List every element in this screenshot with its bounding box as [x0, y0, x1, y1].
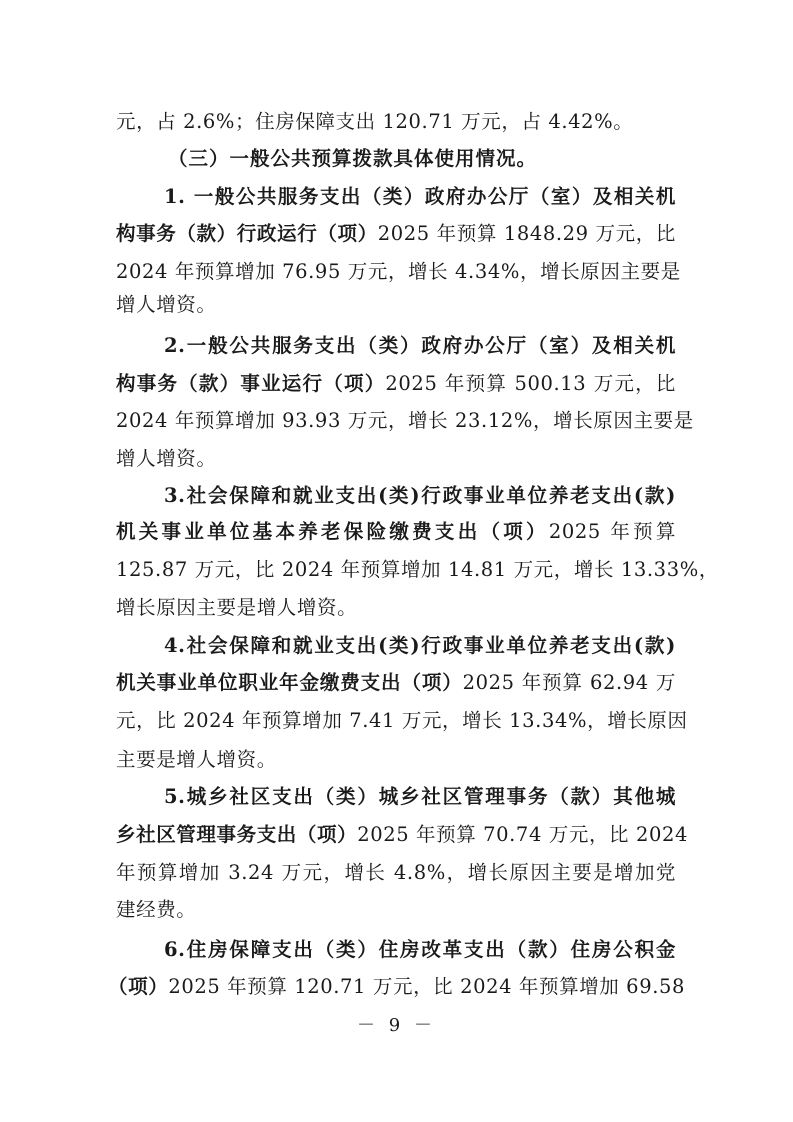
item-2-line-2: 构事务（款）事业运行（项）2025 年预算 500.13 万元，比: [116, 371, 676, 397]
item-2-line-3: 2024 年预算增加 93.93 万元，增长 23.12%，增长原因主要是: [116, 408, 676, 434]
item-1-line-1: 1. 一般公共服务支出（类）政府办公厅（室）及相关机: [164, 184, 676, 210]
item-5-line-1-bold: 5.城乡社区支出（类）城乡社区管理事务（款）其他城: [164, 785, 676, 808]
item-5-line-2-text: 2025 年预算 70.74 万元，比 2024: [357, 823, 688, 846]
page-number: － 9 －: [0, 1014, 793, 1038]
item-2-line-1-bold: 2.一般公共服务支出（类）政府办公厅（室）及相关机: [164, 334, 676, 357]
item-3-line-3-text: 125.87 万元，比 2024 年预算增加 14.81 万元，增长 13.33…: [116, 558, 719, 581]
item-1-line-2-text: 2025 年预算 1848.29 万元，比: [378, 222, 676, 245]
item-4-line-3-text: 元，比 2024 年预算增加 7.41 万元，增长 13.34%，增长原因: [116, 709, 688, 732]
item-5-line-2: 乡社区管理事务支出（项）2025 年预算 70.74 万元，比 2024: [116, 822, 676, 848]
item-4-line-2-text: 2025 年预算 62.94 万: [463, 671, 676, 694]
item-5-line-2-bold: 乡社区管理事务支出（项）: [116, 823, 357, 846]
document-page: 元，占 2.6%；住房保障支出 120.71 万元，占 4.42%。 （三）一般…: [0, 0, 793, 1122]
item-2-line-4: 增人增资。: [116, 446, 676, 472]
item-1-line-3-text: 2024 年预算增加 76.95 万元，增长 4.34%，增长原因主要是: [116, 260, 681, 283]
item-6-line-1-bold: 6.住房保障支出（类）住房改革支出（款）住房公积金: [164, 938, 676, 961]
item-3-line-2-bold: 机关事业单位基本养老保险缴费支出（项）: [116, 520, 549, 543]
item-4-line-4: 主要是增人增资。: [116, 747, 676, 773]
item-1-line-1-bold: 1. 一般公共服务支出（类）政府办公厅（室）及相关机: [164, 185, 676, 208]
item-5-line-3-text: 年预算增加 3.24 万元，增长 4.8%，增长原因主要是增加党: [116, 861, 676, 884]
item-4-line-1-bold: 4.社会保障和就业支出(类)行政事业单位养老支出(款): [164, 634, 676, 657]
item-4-line-3: 元，比 2024 年预算增加 7.41 万元，增长 13.34%，增长原因: [116, 708, 676, 734]
item-5-line-1: 5.城乡社区支出（类）城乡社区管理事务（款）其他城: [164, 784, 676, 810]
item-3-line-4: 增长原因主要是增人增资。: [116, 595, 676, 621]
item-2-line-4-text: 增人增资。: [116, 447, 217, 470]
item-5-line-4: 建经费。: [116, 897, 676, 923]
item-3-line-1: 3.社会保障和就业支出(类)行政事业单位养老支出(款): [164, 483, 676, 509]
item-4-line-2: 机关事业单位职业年金缴费支出（项）2025 年预算 62.94 万: [116, 670, 676, 696]
item-2-line-1: 2.一般公共服务支出（类）政府办公厅（室）及相关机: [164, 333, 676, 359]
item-4-line-1: 4.社会保障和就业支出(类)行政事业单位养老支出(款): [164, 633, 676, 659]
item-6-line-2: （项）2025 年预算 120.71 万元，比 2024 年预算增加 69.58: [108, 974, 676, 1000]
item-2-line-3-text: 2024 年预算增加 93.93 万元，增长 23.12%，增长原因主要是: [116, 409, 694, 432]
item-1-line-3: 2024 年预算增加 76.95 万元，增长 4.34%，增长原因主要是: [116, 259, 676, 285]
item-5-line-4-text: 建经费。: [116, 898, 196, 921]
item-6-line-1: 6.住房保障支出（类）住房改革支出（款）住房公积金: [164, 937, 676, 963]
item-2-line-2-text: 2025 年预算 500.13 万元，比: [385, 372, 676, 395]
item-4-line-2-bold: 机关事业单位职业年金缴费支出（项）: [116, 671, 463, 694]
intro-line: 元，占 2.6%；住房保障支出 120.71 万元，占 4.42%。: [116, 109, 676, 135]
item-1-line-2: 构事务（款）行政运行（项）2025 年预算 1848.29 万元，比: [116, 221, 676, 247]
section-heading: （三）一般公共预算拨款具体使用情况。: [168, 146, 728, 172]
item-3-line-3: 125.87 万元，比 2024 年预算增加 14.81 万元，增长 13.33…: [116, 557, 676, 583]
item-1-line-4: 增人增资。: [116, 292, 676, 318]
item-1-line-2-bold: 构事务（款）行政运行（项）: [116, 222, 378, 245]
item-3-line-1-bold: 3.社会保障和就业支出(类)行政事业单位养老支出(款): [164, 484, 676, 507]
item-6-line-2-bold: （项）: [108, 975, 168, 998]
item-3-line-2-text: 2025 年预算: [549, 520, 676, 543]
item-6-line-2-text: 2025 年预算 120.71 万元，比 2024 年预算增加 69.58: [168, 975, 685, 998]
item-3-line-4-text: 增长原因主要是增人增资。: [116, 596, 357, 619]
item-2-line-2-bold: 构事务（款）事业运行（项）: [116, 372, 385, 395]
item-4-line-4-text: 主要是增人增资。: [116, 748, 277, 771]
item-1-line-4-text: 增人增资。: [116, 293, 217, 316]
item-5-line-3: 年预算增加 3.24 万元，增长 4.8%，增长原因主要是增加党: [116, 860, 676, 886]
item-3-line-2: 机关事业单位基本养老保险缴费支出（项）2025 年预算: [116, 519, 676, 545]
